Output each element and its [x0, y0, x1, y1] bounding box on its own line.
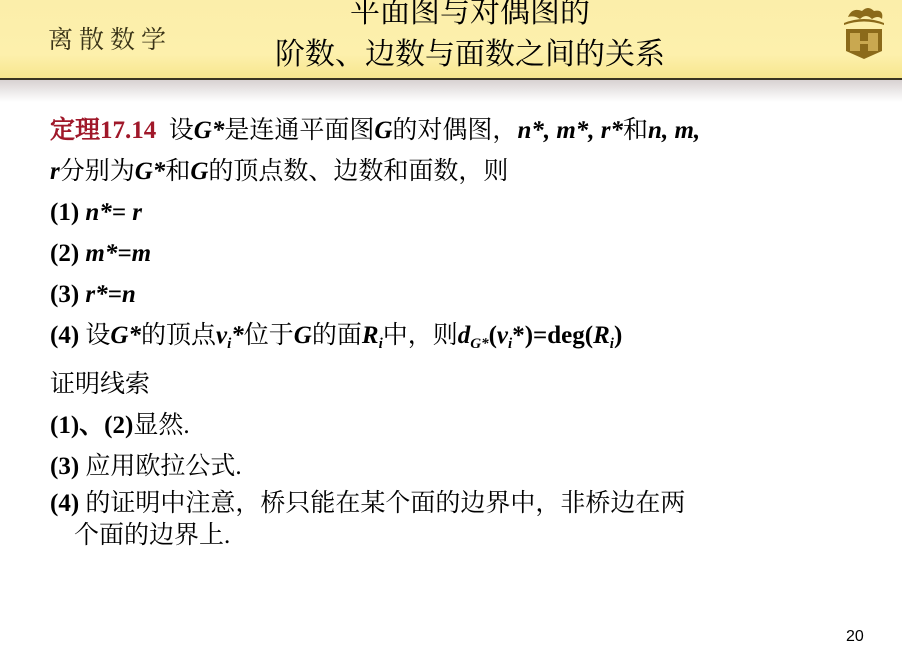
text: 是连通平面图: [224, 117, 374, 144]
text: 分别为: [60, 158, 135, 185]
math: G: [374, 117, 392, 144]
math: d: [458, 322, 471, 349]
theorem-line-1: 定理17.14 设G*是连通平面图G的对偶图，n*, m*, r*和n, m,: [50, 110, 880, 151]
course-title: 离散数学: [48, 20, 172, 56]
text: 设: [169, 117, 194, 144]
math: G*: [194, 117, 225, 144]
math: G: [190, 158, 208, 185]
proof-line-3-continued: 个面的边界上.: [50, 521, 880, 551]
text: 中，则: [383, 322, 458, 349]
math: v: [497, 322, 508, 349]
title-line-1: 平面图与对偶图的: [210, 0, 730, 34]
item-number: (4): [50, 322, 79, 349]
math: R: [362, 322, 379, 349]
math: m*=m: [85, 240, 151, 267]
theorem-item-2: (2) m*=m: [50, 233, 880, 274]
slide-title: 平面图与对偶图的 阶数、边数与面数之间的关系: [210, 0, 730, 76]
theorem-item-1: (1) n*= r: [50, 192, 880, 233]
title-line-2: 阶数、边数与面数之间的关系: [210, 34, 730, 76]
theorem-line-2: r分别为G*和G的顶点数、边数和面数，则: [50, 151, 880, 192]
item-number: (4): [50, 490, 79, 517]
text: 的面: [312, 322, 362, 349]
math: v: [216, 322, 227, 349]
text: 设: [85, 322, 110, 349]
text: 位于: [244, 322, 294, 349]
math: n*, m*, r*: [517, 117, 623, 144]
text: 的顶点数、边数和面数，则: [208, 158, 508, 185]
item-number: (3): [50, 453, 79, 480]
proof-line-3: (4) 的证明中注意，桥只能在某个面的边界中，非桥边在两: [50, 487, 880, 521]
math: *)=deg(: [512, 322, 593, 349]
item-number: (1)、(2): [50, 412, 133, 439]
header-shadow: [0, 80, 902, 102]
math: ): [614, 322, 622, 349]
proof-line-2: (3) 应用欧拉公式.: [50, 446, 880, 487]
item-number: (3): [50, 281, 79, 308]
math: G: [294, 322, 312, 349]
math: G*: [135, 158, 166, 185]
math: n, m,: [648, 117, 700, 144]
theorem-item-4: (4) 设G*的顶点vi*位于G的面Ri中，则dG*(vi*)=deg(Ri): [50, 315, 880, 356]
page-number: 20: [846, 628, 864, 646]
text: 的对偶图，: [392, 117, 517, 144]
text: 的顶点: [141, 322, 216, 349]
theorem-item-3: (3) r*=n: [50, 274, 880, 315]
item-number: (2): [50, 240, 79, 267]
math: G*: [110, 322, 141, 349]
proof-line-1: (1)、(2)显然.: [50, 405, 880, 446]
slide-body: 定理17.14 设G*是连通平面图G的对偶图，n*, m*, r*和n, m, …: [50, 110, 880, 551]
text: 的证明中注意，桥只能在某个面的边界中，非桥边在两: [79, 490, 685, 517]
math: r*=n: [85, 281, 135, 308]
text: 和: [623, 117, 648, 144]
math: r: [50, 158, 60, 185]
subscript: G*: [470, 336, 488, 352]
math: R: [593, 322, 610, 349]
text: 显然.: [133, 412, 189, 439]
university-crest-icon: [838, 5, 890, 61]
theorem-label: 定理17.14: [50, 117, 156, 144]
text: 应用欧拉公式.: [79, 453, 242, 480]
math: *: [231, 322, 244, 349]
item-number: (1): [50, 199, 79, 226]
slide-header: 离散数学 平面图与对偶图的 阶数、边数与面数之间的关系: [0, 0, 902, 80]
math: n*= r: [85, 199, 142, 226]
proof-heading: 证明线索: [50, 364, 880, 405]
text: 和: [165, 158, 190, 185]
math: (: [489, 322, 497, 349]
